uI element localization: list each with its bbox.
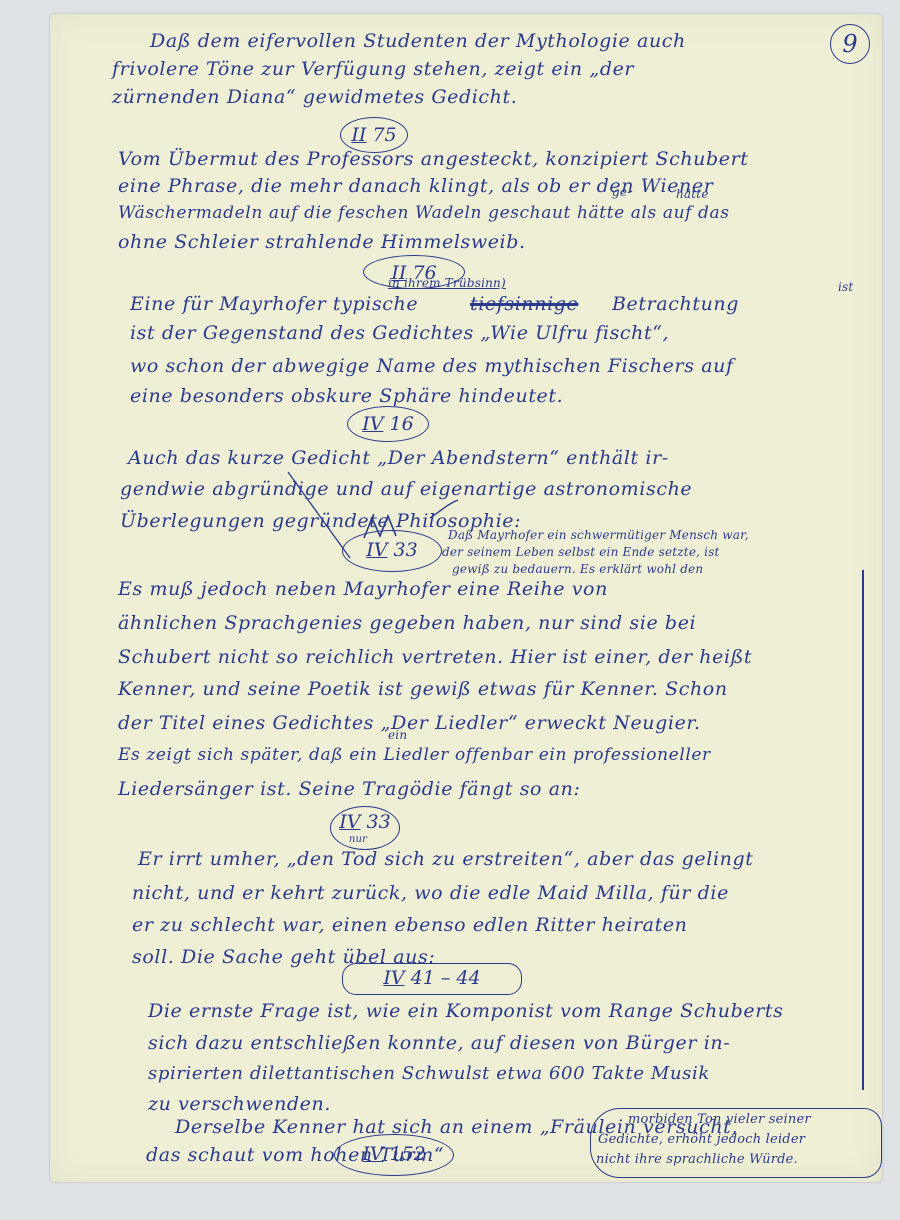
text-line: zu verschwenden. (148, 1093, 331, 1115)
text-line: zürnenden Diana“ gewidmetes Gedicht. (112, 86, 517, 108)
reference-sub: nur (317, 837, 399, 843)
text-line: er zu schlecht war, einen ebenso edlen R… (132, 914, 688, 936)
text-line: nicht, und er kehrt zurück, wo die edle … (132, 882, 729, 904)
page-number: 9 (830, 24, 870, 64)
text-line: Wäschermadeln auf die feschen Wadeln ges… (118, 203, 730, 223)
reference-number: 152 (390, 1143, 426, 1165)
margin-note-line: Daß Mayrhofer ein schwermütiger Mensch w… (448, 528, 749, 542)
text-line: ist der Gegenstand des Gedichtes „Wie Ul… (130, 322, 669, 344)
reference-circle: IV 16 (347, 406, 429, 442)
text-line: Daß dem eifervollen Studenten der Mythol… (150, 30, 686, 52)
text-line: der Titel eines Gedichtes „Der Liedler“ … (118, 712, 701, 734)
text-line: Eine für Mayrhofer typische (130, 293, 418, 315)
reference-roman: IV (383, 967, 404, 989)
reference-number: 75 (372, 124, 396, 146)
margin-note-line: der seinem Leben selbst ein Ende setzte,… (442, 545, 720, 559)
text-line: Es zeigt sich später, daß ein Liedler of… (118, 745, 711, 765)
reference-circle-crossed: IV 33 (342, 530, 442, 572)
margin-bracket-line (862, 570, 864, 1090)
text-line: frivolere Töne zur Verfügung stehen, zei… (112, 58, 634, 80)
insertion-ein: ein (388, 728, 407, 742)
margin-note-line: Gedichte, erhöht jedoch leider (598, 1132, 805, 1147)
reference-roman: II (351, 124, 366, 146)
text-line: sich dazu entschließen konnte, auf diese… (148, 1032, 730, 1054)
text-line: Die ernste Frage ist, wie ein Komponist … (148, 1000, 784, 1022)
text-line: Schubert nicht so reichlich vertreten. H… (118, 646, 752, 668)
reference-number: 33 (367, 811, 391, 833)
reference-number: 33 (394, 539, 418, 561)
reference-roman: IV (366, 539, 387, 561)
margin-note-line: nicht ihre sprachliche Würde. (596, 1152, 798, 1167)
struck-word: tiefsinnige (470, 293, 578, 315)
text-line: Liedersänger ist. Seine Tragödie fängt s… (118, 778, 581, 800)
text-line: Kenner, und seine Poetik ist gewiß etwas… (118, 678, 728, 700)
text-line: ähnlichen Sprachgenies gegeben haben, nu… (118, 612, 696, 634)
reference-circle: IV 41 – 44 (342, 963, 522, 995)
insertion-ge: ge- (612, 185, 631, 199)
text-line: wo schon der abwegige Name des mythische… (130, 355, 734, 377)
reference-number: 16 (390, 413, 414, 435)
reference-circle: IV 33 nur (330, 806, 400, 850)
insertion-truebsinn: in ihrem Trübsinn) (388, 276, 506, 290)
margin-note-line: gewiß zu bedauern. Es erklärt wohl den (452, 562, 703, 576)
insertion-ist: ist (838, 280, 853, 294)
reference-number: 41 – 44 (411, 967, 481, 989)
insertion-haette: hätte (676, 187, 709, 201)
text-line: Er irrt umher, „den Tod sich zu erstreit… (138, 848, 753, 870)
text-line: spirierten dilettantischen Schwulst etwa… (148, 1063, 710, 1084)
reference-roman: IV (339, 811, 360, 833)
text-line: Auch das kurze Gedicht „Der Abendstern“ … (128, 447, 669, 469)
text-line: eine besonders obskure Sphäre hindeutet. (130, 385, 563, 407)
reference-roman: IV (362, 413, 383, 435)
margin-note-line: morbiden Ton vieler seiner (628, 1112, 811, 1127)
reference-roman: IV (362, 1143, 383, 1165)
text-line: Vom Übermut des Professors angesteckt, k… (118, 148, 749, 170)
text-line: Es muß jedoch neben Mayrhofer eine Reihe… (118, 578, 608, 600)
reference-circle: IV 152 (334, 1134, 454, 1176)
text-line: Betrachtung (612, 293, 739, 315)
text-line: ohne Schleier strahlende Himmelsweib. (118, 231, 526, 253)
